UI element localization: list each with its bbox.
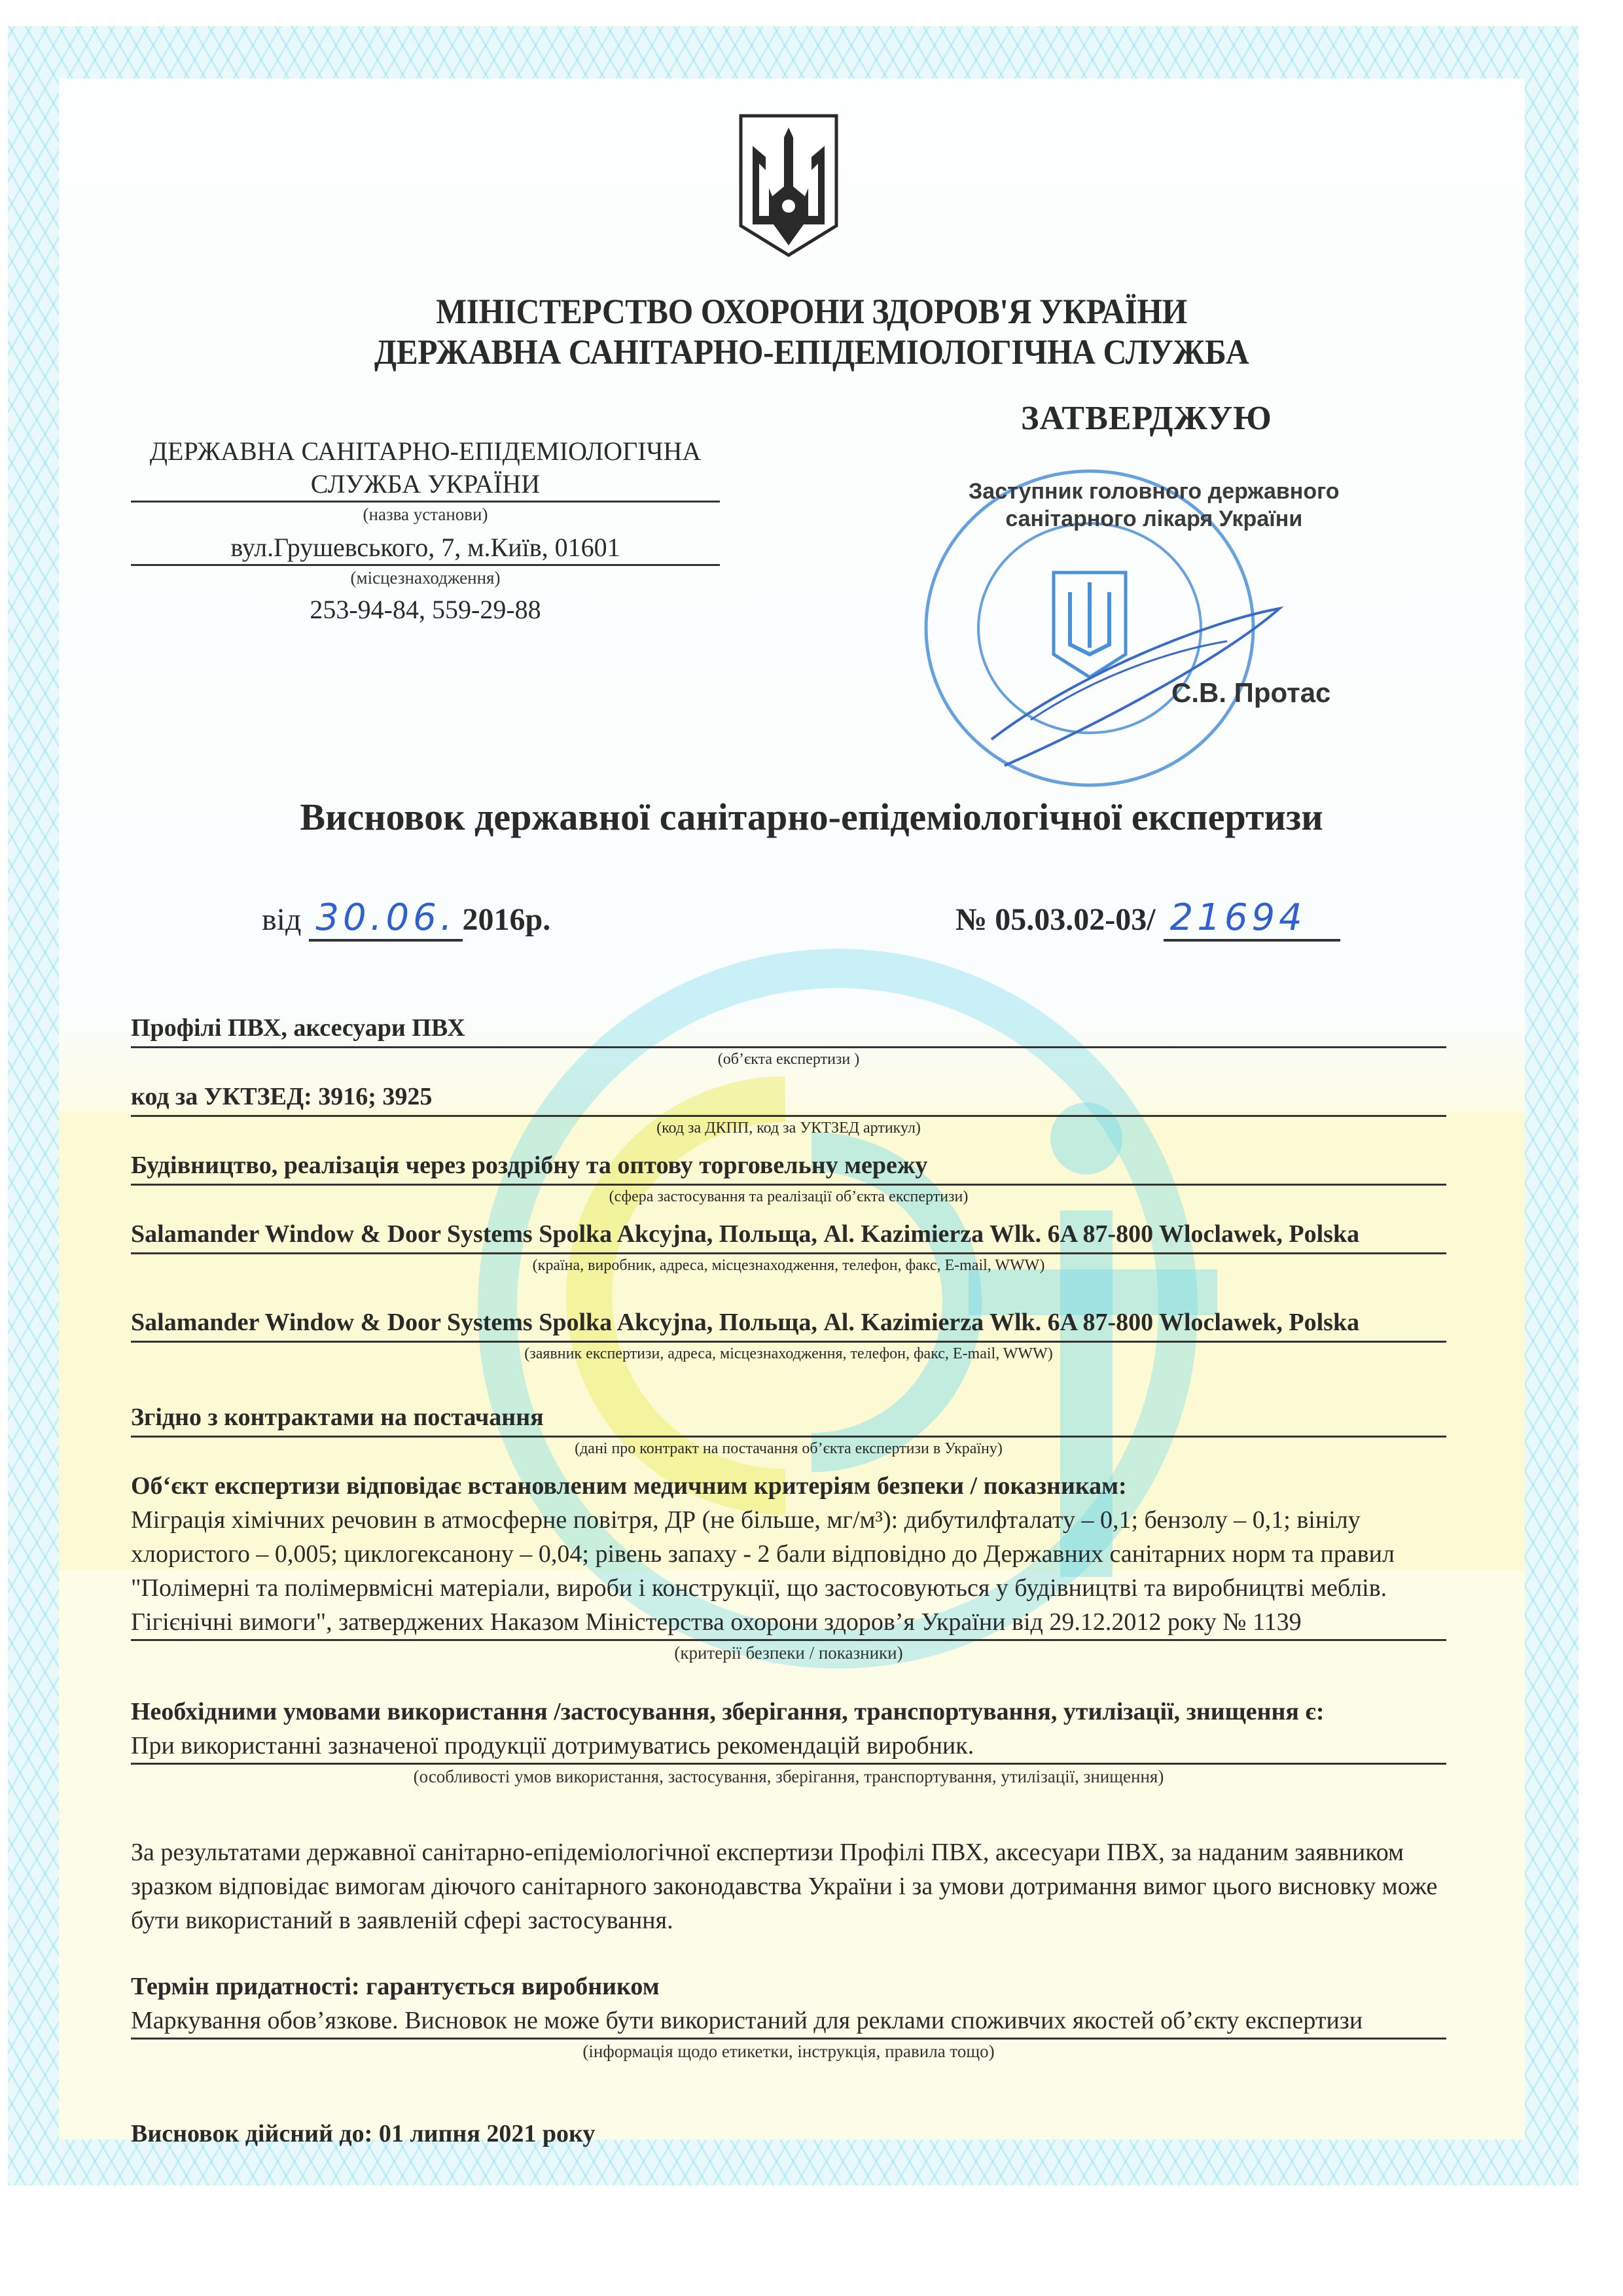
field-object-caption: (об’єкта експертизи )	[131, 1048, 1446, 1070]
approver-position-line-1: Заступник головного державного	[969, 478, 1340, 505]
document-title: Висновок державної санітарно-епідеміолог…	[0, 795, 1623, 839]
conditions-section: Необхідними умовами використання /застос…	[131, 1695, 1446, 1788]
field-manufacturer: Salamander Window & Door Systems Spolka …	[131, 1217, 1446, 1277]
institution-block: ДЕРЖАВНА САНІТАРНО-ЕПІДЕМІОЛОГІЧНА СЛУЖБ…	[131, 435, 720, 626]
conclusion-body: За результатами державної санітарно-епід…	[131, 1835, 1446, 1937]
field-contract: Згідно з контрактами на постачання (дані…	[131, 1400, 1446, 1460]
validity-text: Висновок дійсний до: 01 липня 2021 року	[131, 2117, 1446, 2151]
institution-name-caption: (назва установи)	[131, 503, 720, 526]
field-object-value: Профілі ПВХ, аксесуари ПВХ	[131, 1011, 1446, 1048]
shelf-life-section: Термін придатності: гарантується виробни…	[131, 1969, 1446, 2063]
conclusion-section: За результатами державної санітарно-епід…	[131, 1835, 1446, 1937]
institution-phones: 253-94-84, 559-29-88	[131, 593, 720, 626]
institution-address: вул.Грушевського, 7, м.Київ, 01601	[131, 531, 720, 566]
field-applicant: Salamander Window & Door Systems Spolka …	[131, 1305, 1446, 1365]
approver-position: Заступник головного державного санітарно…	[969, 478, 1340, 533]
approver-position-line-2: санітарного лікаря України	[969, 505, 1340, 533]
field-scope: Будівництво, реалізація через роздрібну …	[131, 1148, 1446, 1208]
shelf-life-heading: Термін придатності: гарантується виробни…	[131, 1969, 1446, 2004]
institution-name-line-2: СЛУЖБА УКРАЇНИ	[131, 468, 720, 501]
institution-name-line-1: ДЕРЖАВНА САНІТАРНО-ЕПІДЕМІОЛОГІЧНА	[131, 435, 720, 468]
document-number: № 05.03.02-03/ 21694	[955, 896, 1340, 942]
safety-body: Міграція хімічних речовин в атмосферне п…	[131, 1503, 1446, 1641]
conditions-heading: Необхідними умовами використання /застос…	[131, 1695, 1446, 1729]
conditions-body: При використанні зазначеної продукції до…	[131, 1729, 1446, 1765]
field-applicant-caption: (заявник експертизи, адреса, місцезнаход…	[131, 1343, 1446, 1365]
document-date: від 30.06.2016р.	[262, 896, 550, 942]
safety-section: Об‘єкт експертизи відповідає встановлени…	[131, 1469, 1446, 1665]
date-handwritten: 30.06.	[309, 896, 462, 942]
field-applicant-value: Salamander Window & Door Systems Spolka …	[131, 1305, 1446, 1343]
field-scope-value: Будівництво, реалізація через роздрібну …	[131, 1148, 1446, 1186]
conditions-caption: (особливості умов використання, застосув…	[131, 1765, 1446, 1788]
safety-heading: Об‘єкт експертизи відповідає встановлени…	[131, 1469, 1446, 1503]
institution-address-caption: (місцезнаходження)	[131, 566, 720, 590]
shelf-life-body: Маркування обов’язкове. Висновок не може…	[131, 2004, 1446, 2040]
field-contract-value: Згідно з контрактами на постачання	[131, 1400, 1446, 1438]
date-year: 2016р.	[463, 902, 551, 937]
approval-label: ЗАТВЕРДЖУЮ	[1021, 399, 1272, 438]
number-prefix: № 05.03.02-03/	[955, 902, 1156, 937]
ministry-heading: МІНІСТЕРСТВО ОХОРОНИ ЗДОРОВ'Я УКРАЇНИ ДЕ…	[65, 291, 1558, 372]
validity-section: Висновок дійсний до: 01 липня 2021 року	[131, 2117, 1446, 2151]
number-handwritten: 21694	[1164, 896, 1340, 942]
field-code: код за УКТЗЕД: 3916; 3925 (код за ДКПП, …	[131, 1080, 1446, 1139]
ministry-line-1: МІНІСТЕРСТВО ОХОРОНИ ЗДОРОВ'Я УКРАЇНИ	[65, 291, 1558, 332]
shelf-life-caption: (інформація щодо етикетки, інструкція, п…	[131, 2040, 1446, 2063]
ukraine-coat-of-arms-icon	[733, 108, 844, 258]
field-manufacturer-caption: (країна, виробник, адреса, місцезнаходже…	[131, 1254, 1446, 1277]
field-object: Профілі ПВХ, аксесуари ПВХ (об’єкта експ…	[131, 1011, 1446, 1070]
safety-caption: (критерії безпеки / показники)	[131, 1641, 1446, 1665]
approver-name: С.В. Протас	[1171, 677, 1330, 709]
ministry-line-2: ДЕРЖАВНА САНІТАРНО-ЕПІДЕМІОЛОГІЧНА СЛУЖБ…	[65, 332, 1558, 372]
field-manufacturer-value: Salamander Window & Door Systems Spolka …	[131, 1217, 1446, 1254]
field-scope-caption: (сфера застосування та реалізації об’єкт…	[131, 1186, 1446, 1208]
field-code-caption: (код за ДКПП, код за УКТЗЕД артикул)	[131, 1117, 1446, 1139]
date-prefix: від	[262, 902, 301, 937]
field-code-value: код за УКТЗЕД: 3916; 3925	[131, 1080, 1446, 1117]
field-contract-caption: (дані про контракт на постачання об’єкта…	[131, 1438, 1446, 1460]
